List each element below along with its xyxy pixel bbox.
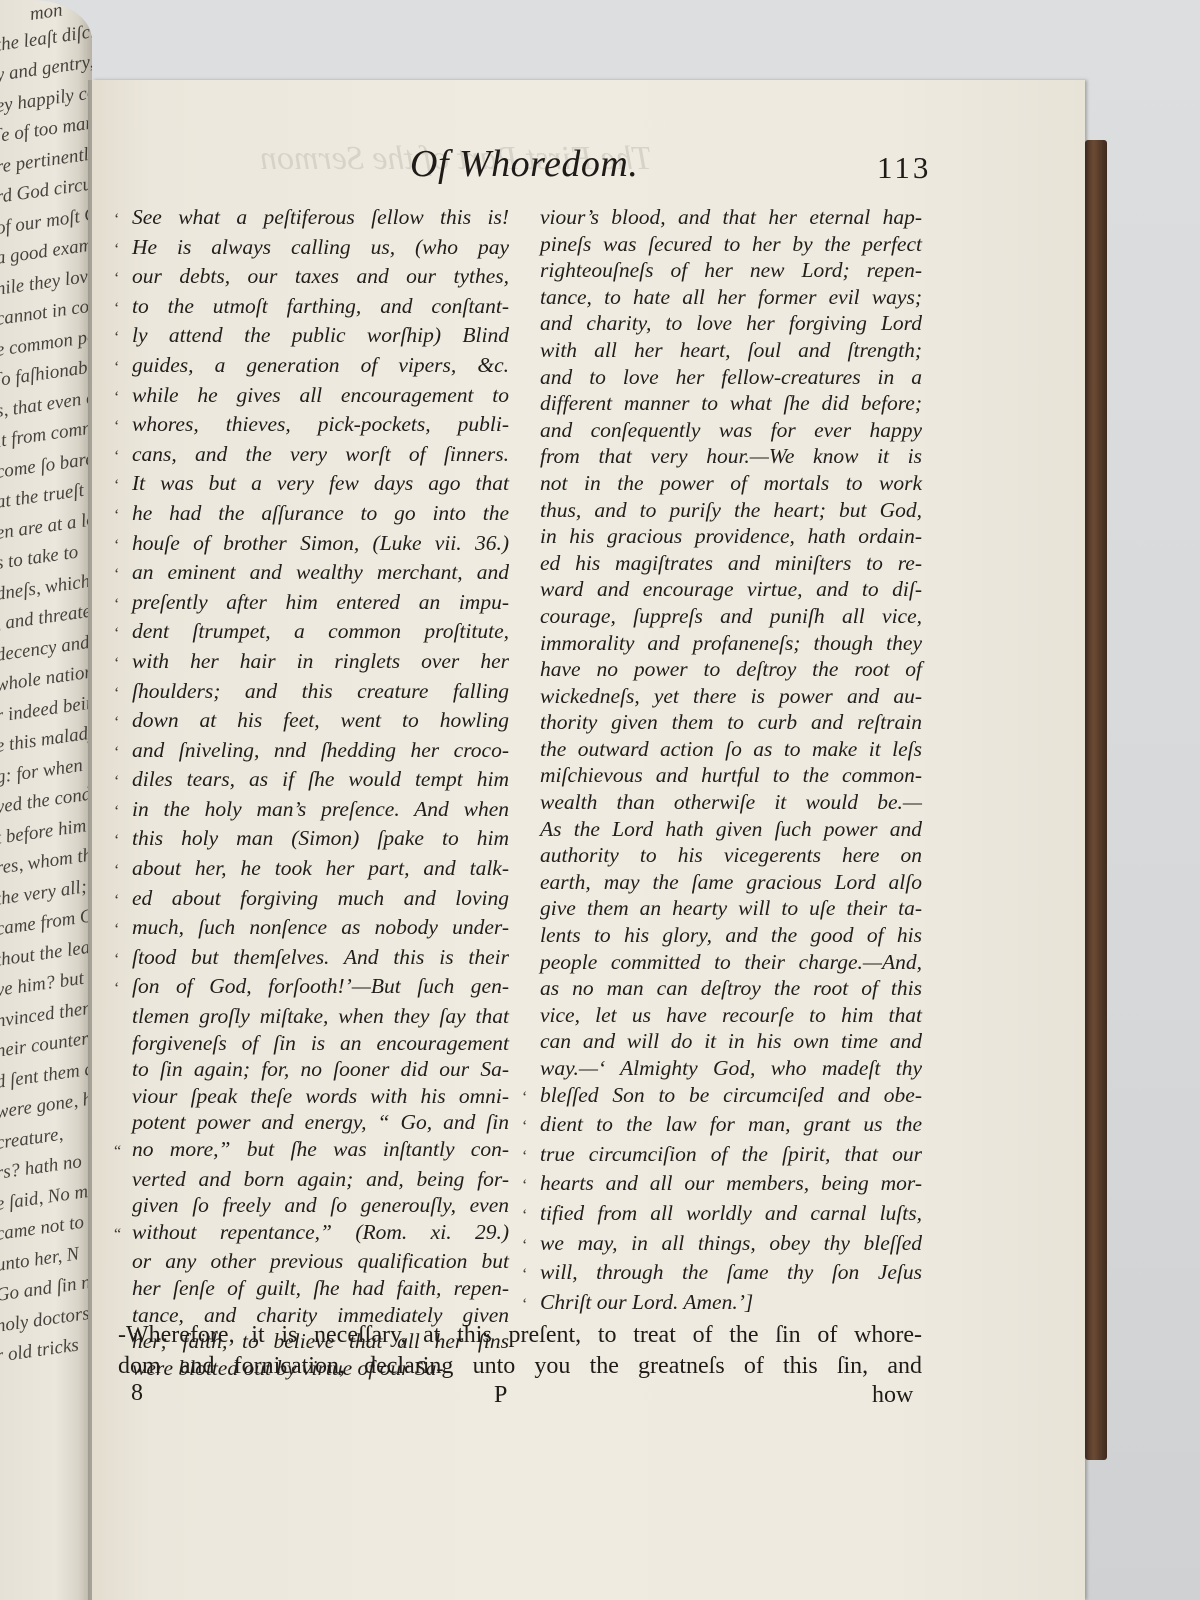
line-text: as no man can deſtroy the root of this [540,976,922,1000]
line-text: cans, and the very worſt of ſinners. [132,442,509,466]
line-text: righteouſneſs of her new Lord; repen- [540,258,922,282]
text-line: way.—‘ Almighty God, who madeſt thy [522,1055,922,1082]
text-line: ‘down at his feet, went to howling [114,707,509,737]
facing-page-fragment: r indeed being [0,690,92,727]
facing-page-fragment: nvinced them [0,997,92,1033]
line-text: tance, to hate all her former evil ways; [540,285,922,309]
text-line: ‘diles tears, as if ſhe would tempt him [114,766,509,796]
quote-mark: ‘ [114,681,132,708]
text-line: from that very hour.—We know it is [522,443,922,470]
line-text: tified from all worldly and carnal luſts… [540,1201,922,1225]
text-line: with all her heart, ſoul and ſtrength; [522,337,922,364]
line-text: ed his magiſtrates and miniſters to re- [540,551,922,575]
quote-mark: ‘ [522,1144,540,1171]
line-text: ſon of God, forſooth!’—But ſuch gen- [132,974,509,998]
text-line: ‘will, through the ſame thy ſon Jeſus [522,1259,922,1289]
text-line: ‘true circumciſion of the ſpirit, that o… [522,1141,922,1171]
facing-page-fragment: creature, [0,1123,65,1154]
body-line: dom and fornication, declaring unto you … [118,1351,922,1382]
text-line: verted and born again; and, being for- [114,1166,509,1193]
facing-page-fragment: ve him? but [0,968,85,1002]
text-line: tance, to hate all her former evil ways; [522,284,922,311]
line-text: in the holy man’s preſence. And when [132,797,509,821]
line-text: down at his feet, went to howling [132,708,509,732]
text-line: the outward action ſo as to make it leſs [522,736,922,763]
line-text: while he gives all encouragement to [132,383,509,407]
text-line: ‘ed about forgiving much and loving [114,885,509,915]
line-text: can and will do it in his own time and [540,1029,922,1053]
line-text: to ſin again; for, no ſooner did our Sa- [132,1057,509,1081]
facing-page-fragment: , and threaten [0,599,92,635]
facing-page-fragment: of our moſt Gra [0,201,92,239]
quote-mark: ‘ [114,473,132,500]
text-line: ‘preſently after him entered an impu- [114,589,509,619]
line-text: tlemen groſly miſtake, when they ſay tha… [132,1004,509,1028]
line-text: ward and encourage virtue, and to diſ- [540,577,922,601]
text-line: courage, ſuppreſs and puniſh all vice, [522,603,922,630]
text-line: and charity, to love her forgiving Lord [522,310,922,337]
catchword: how [872,1382,913,1409]
text-line: ‘in the holy man’s preſence. And when [114,796,509,826]
text-line: ‘dent ſtrumpet, a common proſtitute, [114,618,509,648]
text-line: miſchievous and hurtful to the common- [522,762,922,789]
quote-mark: ‘ [522,1085,540,1112]
text-line: pineſs was ſecured to her by the perfect [522,231,922,258]
quote-mark: ‘ [522,1173,540,1200]
text-line: ‘this holy man (Simon) ſpake to him [114,825,509,855]
line-text: dent ſtrumpet, a common proſtitute, [132,619,509,643]
facing-page-fragment: dneſs, which [0,570,92,605]
text-line: given ſo freely and ſo generouſly, even [114,1192,509,1219]
line-text: different manner to what ſhe did before; [540,391,922,415]
quote-mark: “ [114,1222,132,1249]
quote-mark: ‘ [114,207,132,234]
text-line: as no man can deſtroy the root of this [522,975,922,1002]
text-line: ward and encourage virtue, and to diſ- [522,576,922,603]
text-line: ‘Chriſt our Lord. Amen.’] [522,1289,922,1319]
text-line: and conſequently was for ever happy [522,417,922,444]
line-text: wealth than otherwiſe it would be.— [540,790,922,814]
line-text: will, through the ſame thy ſon Jeſus [540,1260,922,1284]
text-line: ‘He is always calling us, (who pay [114,234,509,264]
facing-page-fragment: e ſaid, No man [0,1178,92,1215]
text-line: vice, let us have recourſe to him that [522,1002,922,1029]
facing-page-fragment: unto her, N [0,1243,81,1276]
page-number: 113 [877,150,931,186]
line-text: with her hair in ringlets over her [132,649,509,673]
text-line: ‘ly attend the public worſhip) Blind [114,322,509,352]
text-line: thus, and to puriſy the heart; but God, [522,497,922,524]
line-text: dient to the law for man, grant us the [540,1112,922,1136]
facing-page-fragment: holy doctors, [0,1302,92,1338]
line-text: an eminent and wealthy merchant, and [132,560,509,584]
text-line: viour ſpeak theſe words with his omni- [114,1083,509,1110]
text-line: in his gracious providence, hath ordain- [522,523,922,550]
line-text: to the utmoſt farthing, and conſtant- [132,294,509,318]
line-text: guides, a generation of vipers, &c. [132,353,509,377]
line-text: in his gracious providence, hath ordain- [540,524,922,548]
quote-mark: ‘ [114,917,132,944]
text-line: As the Lord hath given ſuch power and [522,816,922,843]
running-head: Of Whoredom. [410,142,638,186]
line-text: or any other previous qualification but [132,1249,509,1273]
text-line: ‘he had the aſſurance to go into the [114,500,509,530]
text-line: righteouſneſs of her new Lord; repen- [522,257,922,284]
facing-page-edge: monthe leaſt diſcretiony and gentry, toe… [0,0,92,1600]
text-line: ‘an eminent and wealthy merchant, and [114,559,509,589]
body-line: -Wherefore, it is neceſſary, at this pre… [118,1320,922,1351]
line-text: ſtood but themſelves. And this is their [132,945,509,969]
line-text: thus, and to puriſy the heart; but God, [540,498,922,522]
quote-mark: ‘ [114,355,132,382]
facing-page-fragment: t before him ou [0,812,92,850]
line-text: viour’s blood, and that her eternal hap- [540,205,922,229]
text-line: her ſenſe of guilt, ſhe had faith, repen… [114,1275,509,1302]
line-text: given ſo freely and ſo generouſly, even [132,1193,509,1217]
quote-mark: ‘ [114,562,132,589]
line-text: her ſenſe of guilt, ſhe had faith, repen… [132,1276,509,1300]
quote-mark: ‘ [114,828,132,855]
text-line: ‘tified from all worldly and carnal luſt… [522,1200,922,1230]
facing-page-fragment: r old tricks [0,1335,80,1368]
line-text: much, ſuch nonſence as nobody under- [132,915,509,939]
quote-mark: ‘ [522,1203,540,1230]
facing-page-fragment: en are at a lo [0,509,92,545]
text-line: ‘to the utmoſt farthing, and conſtant- [114,293,509,323]
line-text: with all her heart, ſoul and ſtrength; [540,338,922,362]
facing-page-fragment: res, whom they [0,842,92,880]
text-line: have no power to deſtroy the root of [522,656,922,683]
line-text: have no power to deſtroy the root of [540,657,922,681]
line-text: true circumciſion of the ſpirit, that ou… [540,1142,922,1166]
quote-mark: ‘ [114,414,132,441]
quote-mark: ‘ [114,651,132,678]
text-line: ‘and ſniveling, nnd ſhedding her croco- [114,737,509,767]
text-line: ‘hearts and all our members, being mor- [522,1170,922,1200]
line-text: no more,” but ſhe was inſtantly con- [132,1137,509,1161]
text-line: people committed to their charge.—And, [522,949,922,976]
text-line: or any other previous qualification but [114,1248,509,1275]
text-line: forgiveneſs of ſin is an encouragement [114,1030,509,1057]
quote-mark: ‘ [114,237,132,264]
text-line: not in the power of mortals to work [522,470,922,497]
quote-mark: ‘ [114,710,132,737]
book-cover-edge [1085,140,1107,1460]
facing-page-fragment: s, that even ch [0,385,92,422]
quote-mark: ‘ [114,592,132,619]
facing-page-fragment: the very all; [0,876,88,911]
line-text: we may, in all things, obey thy bleſſed [540,1231,922,1255]
text-line: ‘with her hair in ringlets over her [114,648,509,678]
line-text: from that very hour.—We know it is [540,444,922,468]
facing-page-fragment: ved the conden [0,781,92,819]
line-text: pineſs was ſecured to her by the perfect [540,232,922,256]
text-line: ‘about her, he took her part, and talk- [114,855,509,885]
line-text: potent power and energy, “ Go, and ſin [132,1110,509,1134]
quote-mark: ‘ [522,1292,540,1319]
line-text: people committed to their charge.—And, [540,950,922,974]
line-text: diles tears, as if ſhe would tempt him [132,767,509,791]
line-text: viour ſpeak theſe words with his omni- [132,1084,509,1108]
text-line: ‘dient to the law for man, grant us the [522,1111,922,1141]
quote-mark: ‘ [114,769,132,796]
line-text: and to love her fellow-creatures in a [540,365,922,389]
facing-page-fragment: d ſent them aw [0,1056,92,1093]
facing-page-fragment: heir counterfei [0,1025,92,1062]
quote-mark: ‘ [114,621,132,648]
line-text: the outward action ſo as to make it leſs [540,737,922,761]
quote-mark: ‘ [114,325,132,352]
quote-mark: ‘ [114,266,132,293]
line-text: See what a peſtiferous ſellow this is! [132,205,509,229]
line-text: It was but a very few days ago that [132,471,509,495]
line-text: He is always calling us, (who pay [132,235,509,259]
line-text: courage, ſuppreſs and puniſh all vice, [540,604,922,628]
line-text: earth, may the ſame gracious Lord alſo [540,870,922,894]
text-line: wickedneſs, yet there is power and au- [522,683,922,710]
text-line: viour’s blood, and that her eternal hap- [522,204,922,231]
quote-mark: ‘ [114,976,132,1003]
line-text: bleſſed Son to be circumciſed and obe- [540,1083,922,1107]
quote-mark: ‘ [522,1114,540,1141]
line-text: ſhoulders; and this creature falling [132,679,509,703]
line-text: our debts, our taxes and our tythes, [132,264,509,288]
signature-letter: P [494,1382,507,1409]
text-line: ‘we may, in all things, obey thy bleſſed [522,1230,922,1260]
line-text: give them an hearty will to uſe their ta… [540,896,922,920]
quote-mark: ‘ [114,799,132,826]
text-line: lents to his glory, and the good of his [522,922,922,949]
text-line: wealth than otherwiſe it would be.— [522,789,922,816]
facing-page-fragment: came not to [0,1212,85,1246]
line-text: and conſequently was for ever happy [540,418,922,442]
quote-mark: ‘ [114,385,132,412]
facing-page-fragment: rs? hath no [0,1151,83,1185]
quote-mark: “ [114,1139,132,1166]
text-line: give them an hearty will to uſe their ta… [522,895,922,922]
quote-mark: ‘ [522,1262,540,1289]
line-text: ly attend the public worſhip) Blind [132,323,509,347]
line-text: As the Lord hath given ſuch power and [540,817,922,841]
text-line: ‘cans, and the very worſt of ſinners. [114,441,509,471]
body-paragraph: -Wherefore, it is neceſſary, at this pre… [118,1320,922,1382]
text-line: authority to his vicegerents here on [522,842,922,869]
text-line: ‘guides, a generation of vipers, &c. [114,352,509,382]
facing-page-fragment: mon [28,0,63,26]
line-text: without repentance,” (Rom. xi. 29.) [132,1220,509,1244]
quote-mark: ‘ [114,444,132,471]
facing-page-fragment: s to take to [0,542,80,575]
left-column: ‘See what a peſtiferous ſellow this is!‘… [114,204,509,1381]
line-text: whores, thieves, pick-pockets, publi- [132,412,509,436]
line-text: forgiveneſs of ſin is an encouragement [132,1031,509,1055]
line-text: thority given them to curb and reſtrain [540,710,922,734]
facing-page-fragment: were gone, h [0,1089,92,1124]
line-text: authority to his vicegerents here on [540,843,922,867]
text-line: potent power and energy, “ Go, and ſin [114,1109,509,1136]
text-line: ed his magiſtrates and miniſters to re- [522,550,922,577]
line-text: ed about forgiving much and loving [132,886,509,910]
text-line: tlemen groſly miſtake, when they ſay tha… [114,1003,509,1030]
quote-mark: ‘ [114,947,132,974]
line-text: about her, he took her part, and talk- [132,856,509,880]
line-text: not in the power of mortals to work [540,471,922,495]
facing-page-fragment: thout the leaſt [0,935,92,971]
text-line: ‘ſtood but themſelves. And this is their [114,944,509,974]
text-line: immorality and profaneneſs; though they [522,630,922,657]
signature-number: 8 [131,1380,143,1407]
text-line: ‘whores, thieves, pick-pockets, publi- [114,411,509,441]
line-text: way.—‘ Almighty God, who madeſt thy [540,1056,922,1080]
text-line: “no more,” but ſhe was inſtantly con- [114,1136,509,1166]
line-text: verted and born again; and, being for- [132,1167,509,1191]
line-text: he had the aſſurance to go into the [132,501,509,525]
line-text: houſe of brother Simon, (Luke vii. 36.) [132,531,509,555]
text-line: ‘bleſſed Son to be circumciſed and obe- [522,1082,922,1112]
text-line: ‘ſhoulders; and this creature falling [114,678,509,708]
quote-mark: ‘ [522,1233,540,1260]
text-line: ‘much, ſuch nonſence as nobody under- [114,914,509,944]
quote-mark: ‘ [114,533,132,560]
text-line: ‘our debts, our taxes and our tythes, [114,263,509,293]
text-line: ‘See what a peſtiferous ſellow this is! [114,204,509,234]
quote-mark: ‘ [114,888,132,915]
line-text: preſently after him entered an impu- [132,590,509,614]
text-line: ‘while he gives all encouragement to [114,382,509,412]
line-text: lents to his glory, and the good of his [540,923,922,947]
line-text: and ſniveling, nnd ſhedding her croco- [132,738,509,762]
text-line: ‘houſe of brother Simon, (Luke vii. 36.) [114,530,509,560]
facing-page-fragment: g: for when he [0,751,92,788]
quote-mark: ‘ [114,740,132,767]
text-line: ‘It was but a very few days ago that [114,470,509,500]
quote-mark: ‘ [114,296,132,323]
line-text: miſchievous and hurtful to the common- [540,763,922,787]
line-text: and charity, to love her forgiving Lord [540,311,922,335]
page-footer: 8 P how [0,1380,1200,1410]
text-line: and to love her fellow-creatures in a [522,364,922,391]
text-line: ‘ſon of God, forſooth!’—But ſuch gen- [114,973,509,1003]
facing-page-fragment: e this malady, [0,721,92,757]
line-text: immorality and profaneneſs; though they [540,631,922,655]
text-line: to ſin again; for, no ſooner did our Sa- [114,1056,509,1083]
text-line: thority given them to curb and reſtrain [522,709,922,736]
line-text: Chriſt our Lord. Amen.’] [540,1290,753,1314]
text-line: can and will do it in his own time and [522,1028,922,1055]
facing-page-fragment: came from Go [0,904,92,941]
line-text: hearts and all our members, being mor- [540,1171,922,1195]
text-line: “without repentance,” (Rom. xi. 29.) [114,1219,509,1249]
line-text: wickedneſs, yet there is power and au- [540,684,922,708]
right-column: viour’s blood, and that her eternal hap-… [522,204,922,1318]
quote-mark: ‘ [114,858,132,885]
text-line: earth, may the ſame gracious Lord alſo [522,869,922,896]
line-text: this holy man (Simon) ſpake to him [132,826,509,850]
quote-mark: ‘ [114,503,132,530]
text-line: different manner to what ſhe did before; [522,390,922,417]
line-text: vice, let us have recourſe to him that [540,1003,922,1027]
